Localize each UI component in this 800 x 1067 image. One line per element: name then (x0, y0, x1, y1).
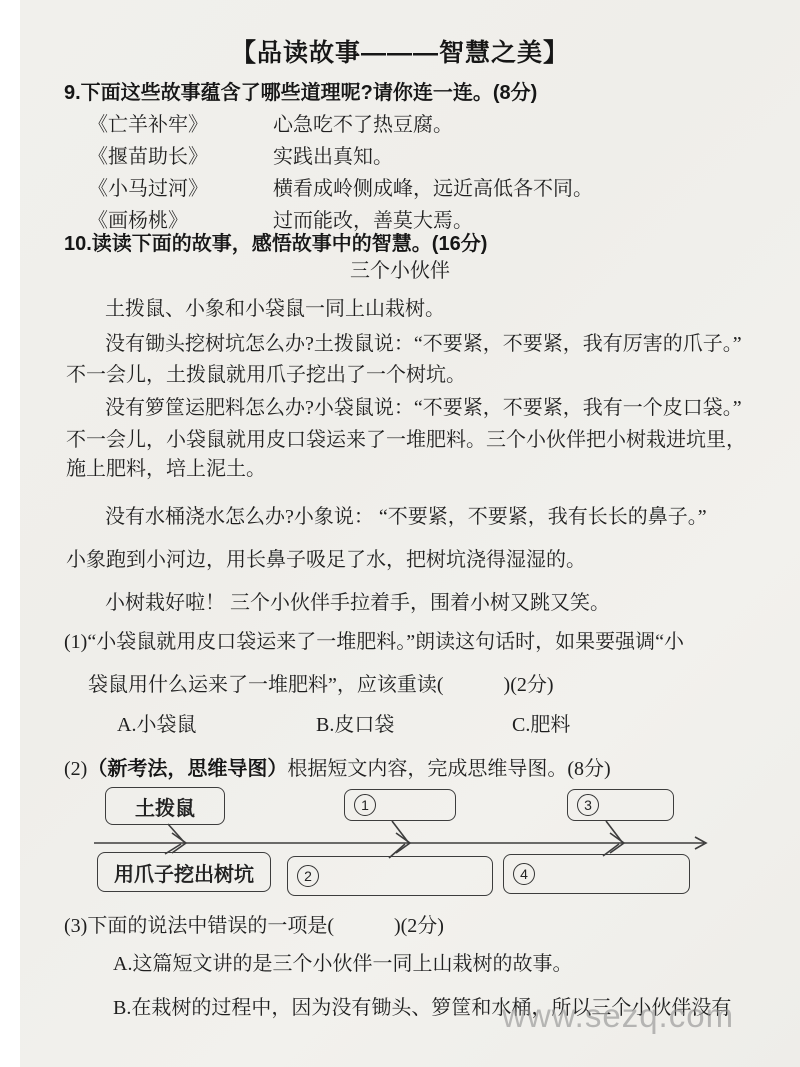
circled-number-icon: 1 (354, 794, 376, 816)
diagram-box-blank-2: 2 (287, 856, 493, 896)
match-row: 《小马过河》横看成岭侧成峰，远近高低各不同。 (88, 176, 593, 202)
match-story-title: 《揠苗助长》 (88, 144, 273, 170)
story-line: 没有箩筐运肥料怎么办?小袋鼠说：“不要紧，不要紧，我有一个皮口袋。” (105, 395, 742, 421)
diagram-box-blank-4: 4 (503, 854, 690, 894)
sub-question-2-rest: 根据短文内容，完成思维导图。(8分) (287, 758, 610, 780)
story-line: 土拨鼠、小象和小袋鼠一同上山栽树。 (105, 296, 445, 322)
circled-number-icon: 4 (513, 863, 535, 885)
option-a: A.小袋鼠 (117, 712, 196, 738)
match-moral: 实践出真知。 (273, 146, 393, 168)
worksheet-page: 【品读故事———智慧之美】 9.下面这些故事蕴含了哪些道理呢?请你连一连。(8分… (0, 0, 800, 1067)
match-row: 《亡羊补牢》心急吃不了热豆腐。 (88, 112, 453, 138)
connector-top-3 (606, 821, 622, 842)
story-line: 不一会儿，土拨鼠就用爪子挖出了一个树坑。 (66, 362, 466, 388)
story-line: 不一会儿，小袋鼠就用皮口袋运来了一堆肥料。三个小伙伴把小树栽进坑里， (66, 427, 746, 453)
sub-question-3-header: (3)下面的说法中错误的一项是( )(2分) (64, 913, 444, 939)
diagram-box-label: 用爪子挖出树坑 (114, 858, 254, 887)
sub-question-2-header: (2)（新考法，思维导图）根据短文内容，完成思维导图。(8分) (64, 756, 611, 782)
diagram-box-blank-1: 1 (344, 789, 456, 821)
diagram-box-action-1: 用爪子挖出树坑 (97, 852, 271, 892)
circled-number-icon: 2 (297, 865, 319, 887)
story-title: 三个小伙伴 (0, 258, 800, 284)
diagram-box-character-1: 土拨鼠 (105, 787, 225, 825)
diagram-box-label: 土拨鼠 (135, 792, 195, 821)
circled-number-icon: 3 (577, 794, 599, 816)
story-line: 没有水桶浇水怎么办?小象说： “不要紧，不要紧，我有长长的鼻子。” (105, 504, 707, 530)
question-9-header: 9.下面这些故事蕴含了哪些道理呢?请你连一连。(8分) (64, 80, 537, 106)
section-title: 【品读故事———智慧之美】 (0, 40, 800, 66)
match-story-title: 《亡羊补牢》 (88, 112, 273, 138)
option-c: C.肥料 (512, 712, 570, 738)
option-b: B.皮口袋 (316, 712, 394, 738)
connector-top-2 (392, 821, 408, 842)
match-moral: 过而能改，善莫大焉。 (273, 210, 473, 232)
story-line: 小树栽好啦！ 三个小伙伴手拉着手，围着小树又跳又笑。 (105, 590, 610, 616)
story-line: 没有锄头挖树坑怎么办?土拨鼠说：“不要紧，不要紧，我有厉害的爪子。” (105, 331, 742, 357)
match-row: 《揠苗助长》实践出真知。 (88, 144, 393, 170)
option-a: A.这篇短文讲的是三个小伙伴一同上山栽树的故事。 (113, 951, 572, 977)
sub-question-1-line2: 袋鼠用什么运来了一堆肥料”，应该重读( )(2分) (88, 672, 554, 698)
diagram-box-blank-3: 3 (567, 789, 674, 821)
question-10-header: 10.读读下面的故事，感悟故事中的智慧。(16分) (64, 231, 487, 257)
story-line: 小象跑到小河边，用长鼻子吸足了水，把树坑浇得湿湿的。 (66, 547, 586, 573)
story-line: 施上肥料，培上泥土。 (66, 456, 266, 482)
match-moral: 心急吃不了热豆腐。 (273, 114, 453, 136)
match-story-title: 《小马过河》 (88, 176, 273, 202)
sub-question-2-note: （新考法，思维导图） (87, 758, 287, 780)
sub-question-2-prefix: (2) (64, 758, 87, 780)
site-watermark: www.sezq.com (502, 997, 734, 1035)
match-moral: 横看成岭侧成峰，远近高低各不同。 (273, 178, 593, 200)
mind-map-diagram: 土拨鼠 1 3 用爪子挖出树坑 2 4 (0, 780, 800, 905)
sub-question-1-line1: (1)“小袋鼠就用皮口袋运来了一堆肥料。”朗读这句话时，如果要强调“小 (64, 629, 684, 655)
